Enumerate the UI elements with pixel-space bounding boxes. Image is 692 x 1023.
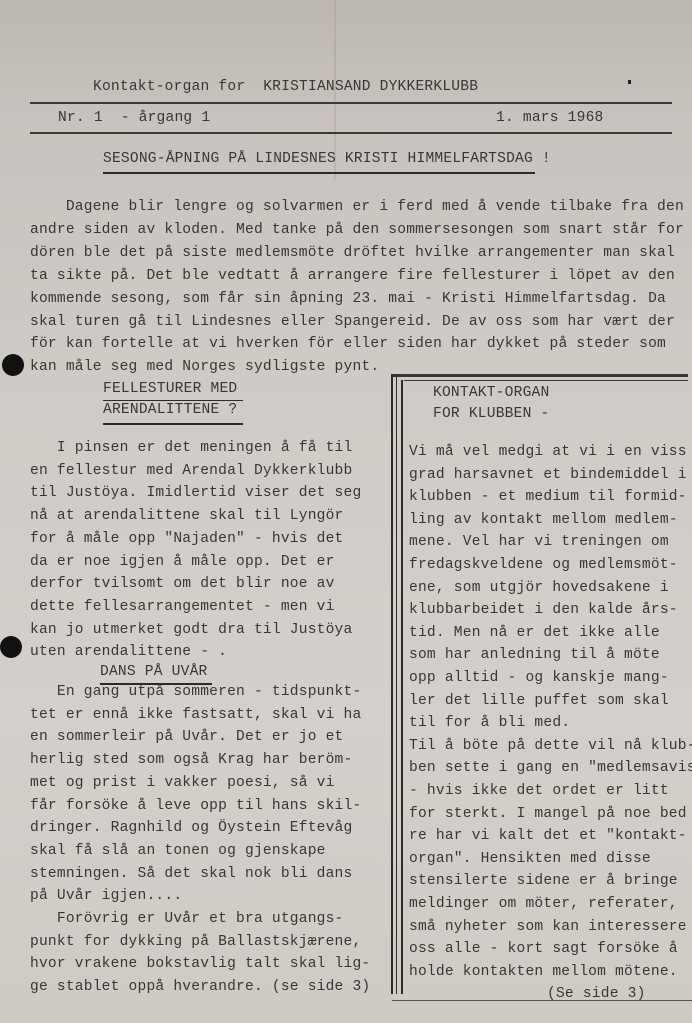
box-line: ler det lille puffet som skal bbox=[409, 693, 669, 709]
punch-hole-top bbox=[2, 354, 24, 376]
fellesturer-line: nå at arendalittene skal til Lyngör bbox=[30, 508, 344, 524]
dans-line: tet er ennå ikke fastsatt, skal vi ha bbox=[30, 707, 361, 723]
dans-line: skal få slå an tonen og gjenskape bbox=[30, 843, 326, 859]
fellesturer-line: til Justöya. Imidlertid viser det seg bbox=[30, 485, 361, 501]
fellesturer-line: da er noe igjen å måle opp. Det er bbox=[30, 554, 335, 570]
dans-line: En gang utpå sommeren - tidspunkt- bbox=[30, 684, 361, 700]
box-line: klubbarbeidet i den kalde års- bbox=[409, 602, 678, 618]
box-line: mene. Vel har vi treningen om bbox=[409, 534, 669, 550]
box-heading-line2: FOR KLUBBEN - bbox=[433, 406, 549, 422]
dans-line: stemningen. Så det skal nok bli dans bbox=[30, 866, 352, 882]
box-line: ene, som utgjör hovedsakene i bbox=[409, 580, 669, 596]
box-line: organ". Hensikten med disse bbox=[409, 851, 651, 867]
section-heading-underline-2 bbox=[103, 423, 243, 425]
section-heading-fellesturer-line1: FELLESTURER MED bbox=[103, 381, 237, 397]
box-line: til for å bli med. bbox=[409, 715, 570, 731]
box-top-rule bbox=[392, 374, 688, 377]
box-line: ben sette i gang en "medlemsavis" bbox=[409, 760, 692, 776]
box-line: opp alltid - og kanskje mang- bbox=[409, 670, 669, 686]
box-line: re har vi kalt det et "kontakt- bbox=[409, 828, 687, 844]
masthead-organ-line: Kontakt-organ for KRISTIANSAND DYKKERKLU… bbox=[93, 79, 478, 95]
fellesturer-line: for å måle opp "Najaden" - hvis det bbox=[30, 531, 344, 547]
box-bottom-rule bbox=[392, 1000, 692, 1001]
box-left-border-inner bbox=[401, 380, 403, 994]
box-line: fredagskveldene og medlemsmöt- bbox=[409, 557, 678, 573]
intro-line: andre siden av kloden. Med tanke på den … bbox=[30, 222, 684, 238]
box-line: små nyheter som kan interessere bbox=[409, 919, 687, 935]
section-heading-dans: DANS PÅ UVÅR bbox=[100, 664, 208, 680]
fellesturer-line: kan jo utmerket godt dra til Justöya bbox=[30, 622, 352, 638]
fellesturer-line: I pinsen er det meningen å få til bbox=[30, 440, 352, 456]
section-heading-underline-1 bbox=[103, 400, 243, 401]
dans-line: punkt for dykking på Ballastskjærene, bbox=[30, 934, 361, 950]
issue-number: Nr. 1 - årgang 1 bbox=[58, 110, 210, 126]
fellesturer-line: derfor tvilsomt om det blir noe av bbox=[30, 576, 335, 592]
box-line: holde kontakten mellom mötene. bbox=[409, 964, 678, 980]
intro-line: Dagene blir lengre og solvarmen er i fer… bbox=[30, 199, 684, 215]
dans-line: Forövrig er Uvår et bra utgangs- bbox=[30, 911, 344, 927]
intro-line: kommende sesong, som får sin åpning 23. … bbox=[30, 291, 666, 307]
box-line: grad harsavnet et bindemiddel i bbox=[409, 467, 687, 483]
box-top-inner-rule bbox=[404, 380, 688, 381]
box-continue-note: (Se side 3) bbox=[547, 986, 646, 1002]
dans-line: ge stablet oppå hverandre. (se side 3) bbox=[30, 979, 370, 995]
box-line: Til å böte på dette vil nå klub- bbox=[409, 738, 692, 754]
fellesturer-line: dette fellesarrangementet - men vi bbox=[30, 599, 335, 615]
headline-underline bbox=[103, 172, 535, 174]
dans-line: på Uvår igjen.... bbox=[30, 888, 182, 904]
box-left-border-mid bbox=[396, 374, 397, 994]
intro-line: dören ble det på siste medlemsmöte dröft… bbox=[30, 245, 675, 261]
section-heading-fellesturer-line2: ARENDALITTENE ? bbox=[103, 402, 237, 418]
fellesturer-line: en fellestur med Arendal Dykkerklubb bbox=[30, 463, 352, 479]
box-line: Vi må vel medgi at vi i en viss bbox=[409, 444, 687, 460]
intro-line: ta sikte på. Det ble vedtatt å arrangere… bbox=[30, 268, 675, 284]
dans-line: met og prist i vakker poesi, så vi bbox=[30, 775, 335, 791]
box-line: klubben - et medium til formid- bbox=[409, 489, 687, 505]
box-line: som har anledning til å möte bbox=[409, 647, 660, 663]
box-line: oss alle - kort sagt forsöke å bbox=[409, 941, 678, 957]
box-line: meldinger om möter, referater, bbox=[409, 896, 678, 912]
intro-line: skal turen gå til Lindesnes eller Spange… bbox=[30, 314, 675, 330]
dans-line: dringer. Ragnhild og Öystein Eftevåg bbox=[30, 820, 352, 836]
box-heading-line1: KONTAKT-ORGAN bbox=[433, 385, 549, 401]
box-line: ling av kontakt mellom medlem- bbox=[409, 512, 678, 528]
fellesturer-line: uten arendalittene - . bbox=[30, 644, 227, 660]
box-line: tid. Men nå er det ikke alle bbox=[409, 625, 660, 641]
box-line: for sterkt. I mangel på noe bed bbox=[409, 806, 687, 822]
dans-line: en sommerleir på Uvår. Det er jo et bbox=[30, 729, 344, 745]
punch-hole-bottom bbox=[0, 636, 22, 658]
intro-line: kan måle seg med Norges sydligste pynt. bbox=[30, 359, 379, 375]
intro-line: för kan fortelle at vi hverken för eller… bbox=[30, 336, 666, 352]
issue-date: 1. mars 1968 bbox=[496, 110, 604, 126]
box-line: stensilerte sidene er å bringe bbox=[409, 873, 678, 889]
ink-speck bbox=[628, 80, 631, 84]
headline: SESONG-ÅPNING PÅ LINDESNES KRISTI HIMMEL… bbox=[103, 151, 551, 167]
masthead-bottom-rule bbox=[30, 132, 672, 134]
dans-line: herlig sted som også Krag har beröm- bbox=[30, 752, 352, 768]
masthead-top-rule bbox=[30, 102, 672, 104]
dans-line: hvor vrakene bokstavlig talt skal lig- bbox=[30, 956, 370, 972]
box-left-border-outer bbox=[391, 374, 393, 994]
box-line: - hvis ikke det ordet er litt bbox=[409, 783, 669, 799]
dans-line: får forsöke å leve opp til hans skil- bbox=[30, 798, 361, 814]
